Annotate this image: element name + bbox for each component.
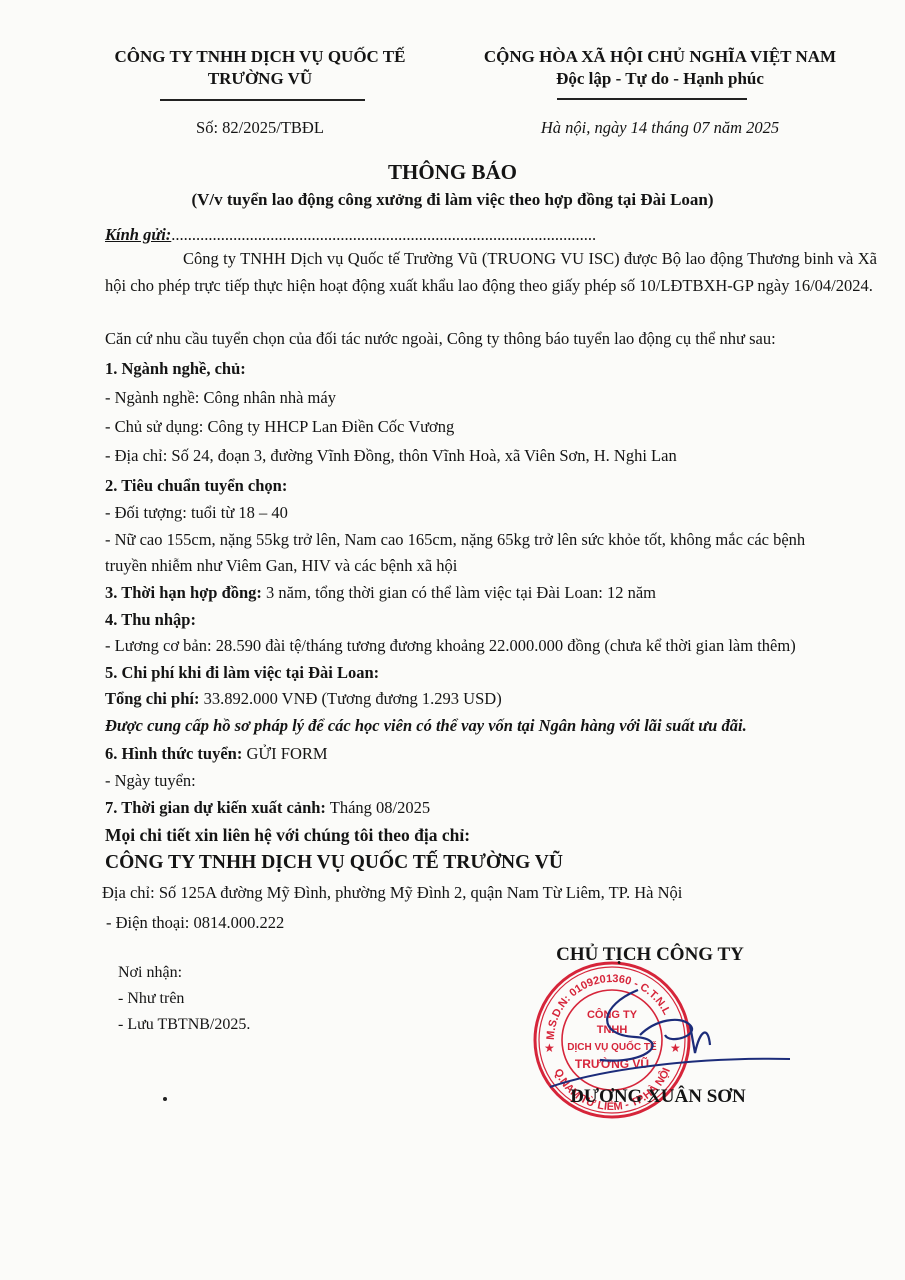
section-3: 3. Thời hạn hợp đồng: 3 năm, tổng thời g… [105, 580, 656, 606]
contact-company: CÔNG TY TNHH DỊCH VỤ QUỐC TẾ TRƯỜNG VŨ [105, 850, 563, 876]
section-1-heading: 1. Ngành nghề, chủ: [105, 356, 246, 382]
header-left-divider [160, 99, 365, 101]
section-3-value: 3 năm, tổng thời gian có thể làm việc tạ… [262, 583, 656, 602]
nation-header: CỘNG HÒA XÃ HỘI CHỦ NGHĨA VIỆT NAM Độc l… [455, 46, 865, 90]
company-header: CÔNG TY TNHH DỊCH VỤ QUỐC TẾ TRƯỜNG VŨ [90, 46, 430, 90]
section-2-heading: 2. Tiêu chuẩn tuyển chọn: [105, 473, 287, 499]
company-name-line1: CÔNG TY TNHH DỊCH VỤ QUỐC TẾ [90, 46, 430, 68]
section-7: 7. Thời gian dự kiến xuất cảnh: Tháng 08… [105, 795, 430, 821]
contact-address: Địa chỉ: Số 125A đường Mỹ Đình, phường M… [102, 880, 682, 906]
section-4-heading: 4. Thu nhập: [105, 607, 196, 633]
section-5-heading: 5. Chi phí khi đi làm việc tại Đài Loan: [105, 660, 379, 686]
document-subtitle: (V/v tuyển lao động công xưởng đi làm vi… [0, 190, 905, 210]
document-title: THÔNG BÁO [0, 160, 905, 185]
nation-name: CỘNG HÒA XÃ HỘI CHỦ NGHĨA VIỆT NAM [455, 46, 865, 68]
recipient-item: - Lưu TBTNB/2025. [118, 1012, 250, 1038]
loan-note: Được cung cấp hồ sơ pháp lý để các học v… [105, 713, 747, 739]
recipient-item: - Như trên [118, 986, 250, 1012]
place-date: Hà nội, ngày 14 tháng 07 năm 2025 [455, 118, 865, 138]
section-4-item: - Lương cơ bản: 28.590 đài tệ/tháng tươn… [105, 633, 796, 659]
contact-intro: Mọi chi tiết xin liên hệ với chúng tôi t… [105, 822, 470, 848]
company-name-line2: TRƯỜNG VŨ [90, 68, 430, 90]
nation-motto: Độc lập - Tự do - Hạnh phúc [455, 68, 865, 90]
section-2-item: - Đối tượng: tuổi từ 18 – 40 [105, 500, 288, 526]
section-3-label: 3. Thời hạn hợp đồng: [105, 583, 262, 602]
greeting-dots: ........................................… [171, 225, 596, 244]
basis-paragraph: Căn cứ nhu cầu tuyển chọn của đối tác nư… [105, 326, 776, 352]
recipients-label: Nơi nhận: [118, 960, 250, 986]
section-6-value: GỬI FORM [242, 744, 327, 763]
section-1-item: - Chủ sử dụng: Công ty HHCP Lan Điền Cốc… [105, 414, 454, 440]
stray-dot [163, 1097, 167, 1101]
greeting-label: Kính gửi: [105, 225, 171, 244]
section-7-label: 7. Thời gian dự kiến xuất cảnh: [105, 798, 326, 817]
section-6-label: 6. Hình thức tuyển: [105, 744, 242, 763]
signer-name: DƯƠNG XUÂN SƠN [548, 1086, 768, 1108]
section-2-item: truyền nhiễm như Viêm Gan, HIV và các bệ… [105, 553, 457, 579]
recipients: Nơi nhận: - Như trên - Lưu TBTNB/2025. [118, 960, 250, 1038]
section-7-value: Tháng 08/2025 [326, 798, 430, 817]
section-1-item: - Địa chỉ: Số 24, đoạn 3, đường Vĩnh Đồn… [105, 443, 677, 469]
total-cost-value: 33.892.000 VNĐ (Tương đương 1.293 USD) [199, 689, 501, 708]
document-number: Số: 82/2025/TBĐL [90, 118, 430, 138]
signer-title: CHỦ TỊCH CÔNG TY [540, 944, 760, 966]
section-1-item: - Ngành nghề: Công nhân nhà máy [105, 385, 336, 411]
section-5-total: Tổng chi phí: 33.892.000 VNĐ (Tương đươn… [105, 686, 502, 712]
section-6: 6. Hình thức tuyển: GỬI FORM [105, 741, 328, 767]
section-2-item: - Nữ cao 155cm, nặng 55kg trở lên, Nam c… [105, 527, 805, 553]
intro-paragraph: Công ty TNHH Dịch vụ Quốc tế Trường Vũ (… [105, 245, 877, 299]
signature-icon [540, 975, 800, 1095]
recruit-date: - Ngày tuyển: [105, 768, 196, 794]
total-cost-label: Tổng chi phí: [105, 689, 199, 708]
contact-phone: - Điện thoại: 0814.000.222 [106, 910, 284, 936]
header-right-divider [557, 98, 747, 100]
